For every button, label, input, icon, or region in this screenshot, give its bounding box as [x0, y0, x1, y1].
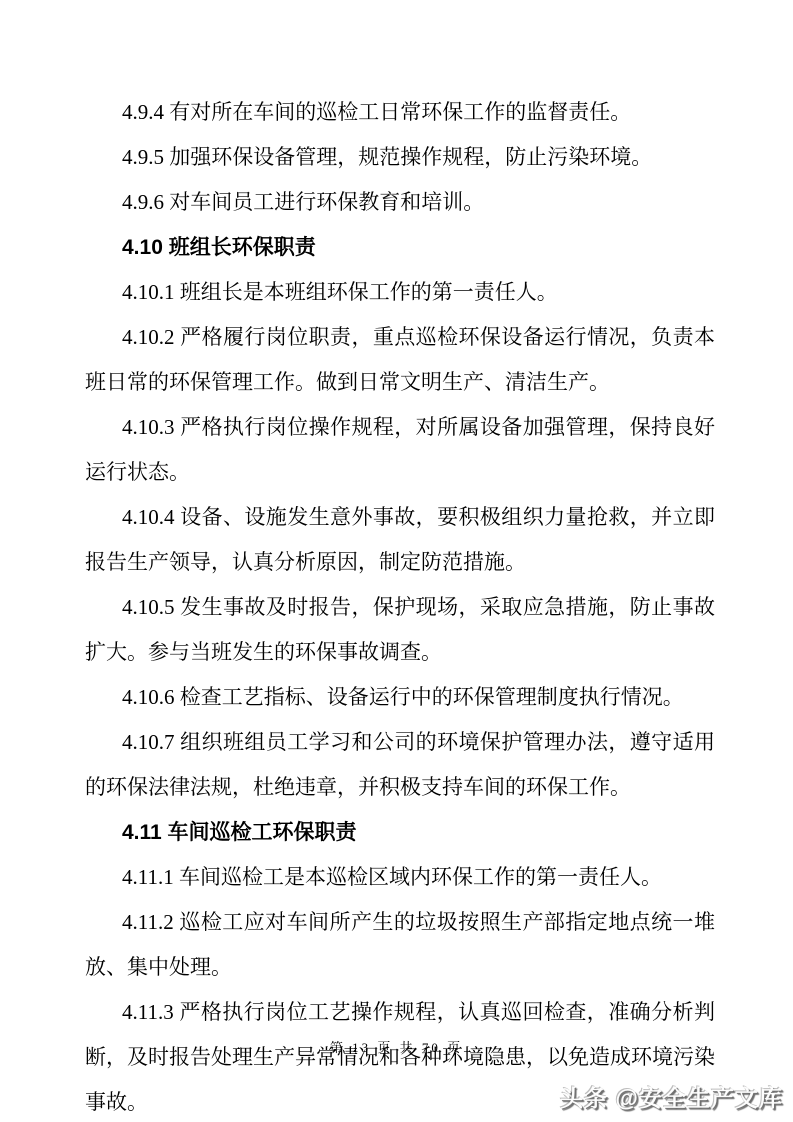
document-content: 4.9.4 有对所在车间的巡检工日常环保工作的监督责任。 4.9.5 加强环保设…: [85, 90, 715, 1122]
watermark: 头条 @安全生产文库: [560, 1080, 783, 1113]
paragraph-4-9-4: 4.9.4 有对所在车间的巡检工日常环保工作的监督责任。: [85, 90, 715, 135]
paragraph-4-9-5: 4.9.5 加强环保设备管理，规范操作规程，防止污染环境。: [85, 135, 715, 180]
section-heading-4-10: 4.10 班组长环保职责: [85, 225, 715, 270]
paragraph-4-11-1: 4.11.1 车间巡检工是本巡检区域内环保工作的第一责任人。: [85, 855, 715, 900]
paragraph-4-9-6: 4.9.6 对车间员工进行环保教育和培训。: [85, 180, 715, 225]
paragraph-4-10-3: 4.10.3 严格执行岗位操作规程，对所属设备加强管理，保持良好运行状态。: [85, 405, 715, 495]
paragraph-4-10-7: 4.10.7 组织班组员工学习和公司的环境保护管理办法，遵守适用的环保法律法规，…: [85, 720, 715, 810]
section-heading-4-11: 4.11 车间巡检工环保职责: [85, 810, 715, 855]
paragraph-4-10-2: 4.10.2 严格履行岗位职责，重点巡检环保设备运行情况，负责本班日常的环保管理…: [85, 315, 715, 405]
paragraph-4-10-6: 4.10.6 检查工艺指标、设备运行中的环保管理制度执行情况。: [85, 675, 715, 720]
paragraph-4-10-1: 4.10.1 班组长是本班组环保工作的第一责任人。: [85, 270, 715, 315]
paragraph-4-10-4: 4.10.4 设备、设施发生意外事故，要积极组织力量抢救，并立即报告生产领导，认…: [85, 495, 715, 585]
paragraph-4-10-5: 4.10.5 发生事故及时报告，保护现场，采取应急措施，防止事故扩大。参与当班发…: [85, 585, 715, 675]
paragraph-4-11-2: 4.11.2 巡检工应对车间所产生的垃圾按照生产部指定地点统一堆放、集中处理。: [85, 900, 715, 990]
page-footer: 第 13 页 共 70 页: [0, 1037, 793, 1056]
document-page: 4.9.4 有对所在车间的巡检工日常环保工作的监督责任。 4.9.5 加强环保设…: [0, 0, 793, 1122]
